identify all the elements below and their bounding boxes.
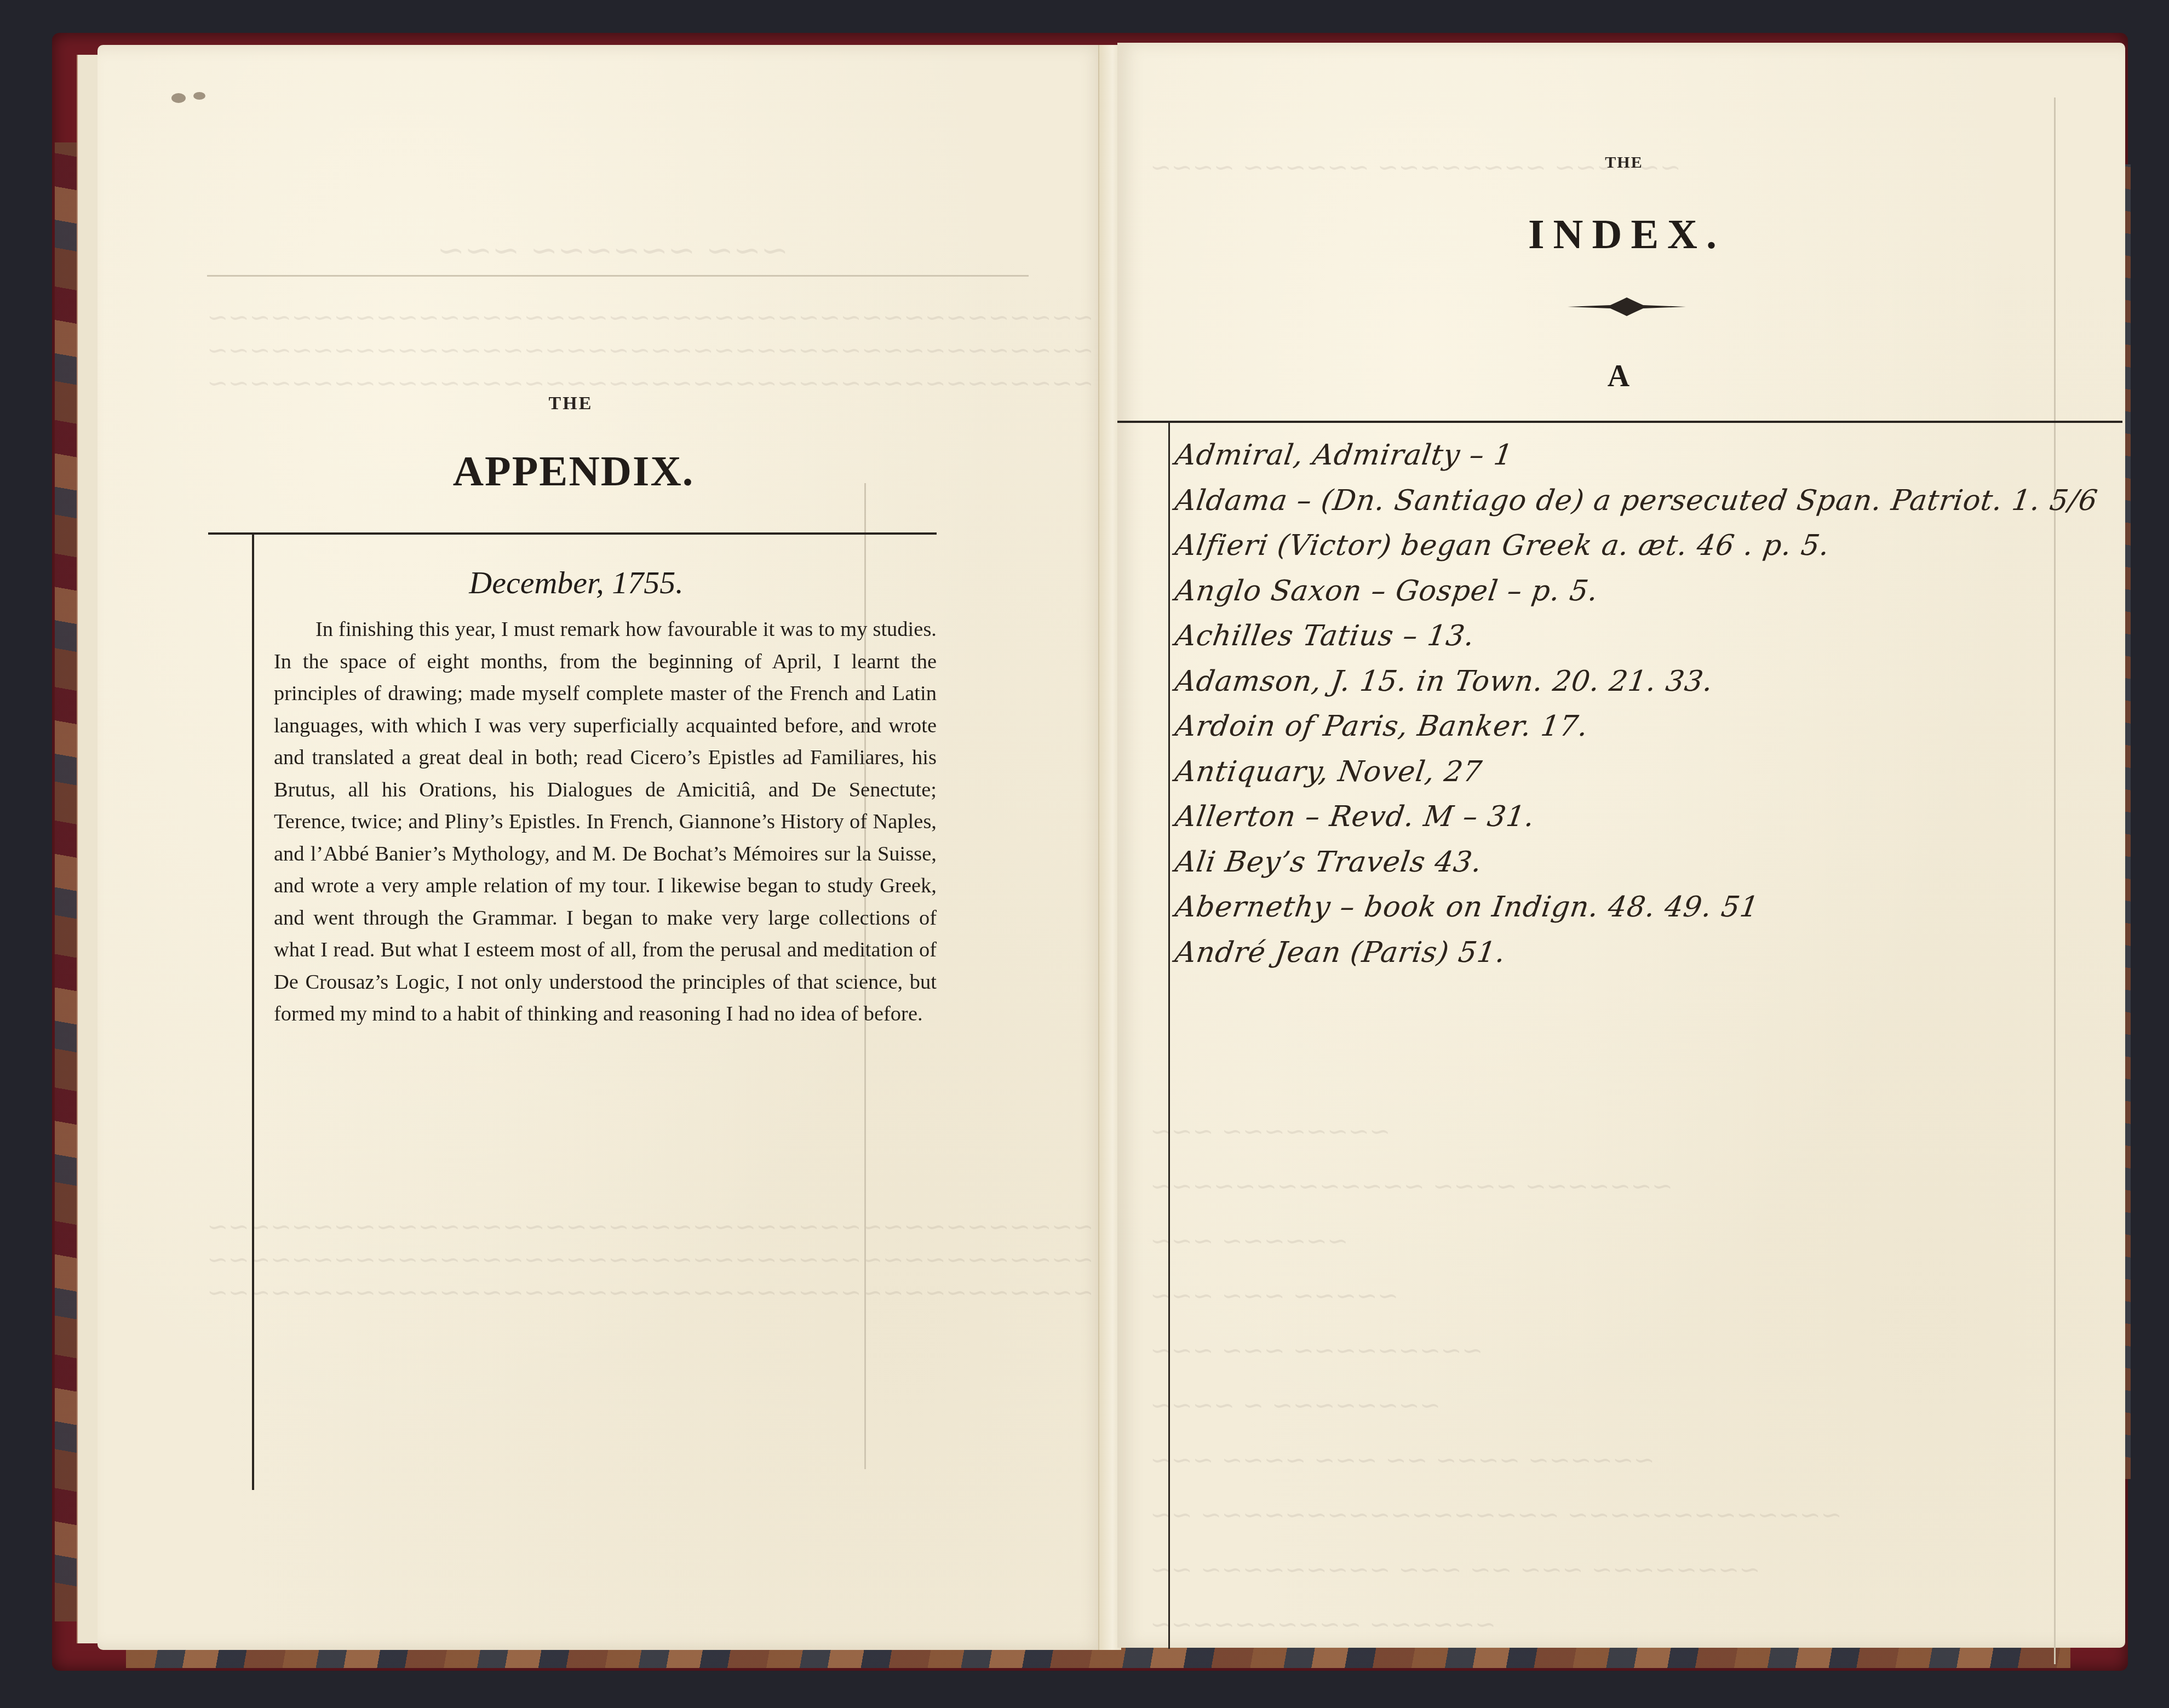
bleed-through-handwriting: ~~~~~~~~ ~~~ ~~ ~~~ ~~~~~~~~~ ~~ — [1150, 1555, 1760, 1584]
bleed-through-line: ~~~~~~~~~~~~~~~~~~~~~~~~~~~~~~~~~~~~~~~~… — [207, 302, 1094, 332]
index-entry: Ali Bey’s Travels 43. — [1172, 840, 2110, 885]
index-entry: Alfieri (Victor) began Greek a. æt. 46 .… — [1172, 523, 2110, 569]
bleed-through-line: ~~~~~~~~~~~~~~~~~~~~~~~~~~~~~~~~~~~~~~~~… — [207, 1212, 1094, 1241]
bleed-through-handwriting: ~~~~~~ ~~~~~~~~~~ — [1150, 1609, 1496, 1639]
bleed-through-handwriting: ~~~~~~ ~~~~ ~~ ~~~ ~~~~ ~~~ — [1150, 1445, 1655, 1475]
ink-stain — [171, 93, 186, 103]
bleed-through-line: ~~~~~~~~~~~~~~~~~~~~~~~~~~~~~~~~~~~~~~~~… — [207, 1245, 1094, 1274]
index-margin-rule — [1168, 423, 1170, 1649]
bleed-through-handwriting: ~~~~~ ~~~ ~~~ — [1150, 1281, 1398, 1310]
index-entry: Aldama – (Dn. Santiago de) a persecuted … — [1172, 478, 2110, 524]
index-title: INDEX. — [1435, 211, 1818, 259]
bleed-through-handwriting: ~~~~~~~~ ~~~ — [1150, 1116, 1391, 1146]
bleed-through-handwriting: ~~~~~~~~ ~ ~~~~ — [1150, 1390, 1441, 1420]
marbled-cover-edge-right — [2125, 164, 2131, 1479]
appendix-paragraph: In finishing this year, I must remark ho… — [274, 614, 937, 1030]
index-section-letter: A — [1564, 359, 1673, 394]
index-kicker: THE — [1542, 153, 1706, 172]
index-entry: Adamson, J. 15. in Town. 20. 21. 33. — [1172, 659, 2110, 704]
ink-stain — [193, 92, 205, 100]
index-entry: Ardoin of Paris, Banker. 17. — [1172, 704, 2110, 749]
bleed-through-handwriting: ~~~~~~~~~ ~~~ ~~~ — [1150, 1336, 1483, 1365]
bleed-through-line: ~~~~~~~~~~~~~~~~~~~~~~~~~~~~~~~~~~~~~~~~… — [207, 1277, 1094, 1307]
section-date-heading: December, 1755. — [330, 564, 823, 601]
bleed-through-handwriting: ~~~~~~~~~~~~~ ~~~~~~~~~~~~~~~~~ ~~ — [1150, 1500, 1842, 1529]
margin-rule — [252, 534, 254, 1490]
flourish-ornament-icon — [1566, 296, 1687, 318]
header-rule — [208, 532, 937, 535]
appendix-body-text: In finishing this year, I must remark ho… — [274, 614, 937, 1030]
index-entry: Achilles Tatius – 13. — [1172, 614, 2110, 659]
index-entries-list: Admiral, Admiralty – 1 Aldama – (Dn. San… — [1172, 433, 2103, 975]
index-entry: Admiral, Admiralty – 1 — [1172, 433, 2110, 478]
index-entry: Abernethy – book on Indign. 48. 49. 51 — [1172, 885, 2110, 930]
index-entry: Anglo Saxon – Gospel – p. 5. — [1172, 569, 2110, 614]
bleed-through-handwriting: ~~~~~~ ~~~ — [1150, 1226, 1349, 1256]
index-entry: Allerton – Revd. M – 31. — [1172, 794, 2110, 840]
bleed-through-handwriting: ~~~~~~~ ~~~~ ~~~~~~~~~~~~~ — [1150, 1171, 1673, 1201]
appendix-title: APPENDIX. — [327, 446, 820, 496]
index-entry: Antiquary, Novel, 27 — [1172, 749, 2110, 795]
appendix-kicker: THE — [461, 393, 680, 414]
index-header-rule — [1117, 421, 2122, 423]
bleed-through-heading: ~~~ ~~~~~~ ~~~ — [437, 231, 788, 270]
bleed-through-rule — [207, 275, 1029, 277]
index-entry: André Jean (Paris) 51. — [1172, 930, 2110, 976]
bleed-through-line: ~~~~~~~~~~~~~~~~~~~~~~~~~~~~~~~~~~~~~~~~… — [207, 335, 1094, 365]
